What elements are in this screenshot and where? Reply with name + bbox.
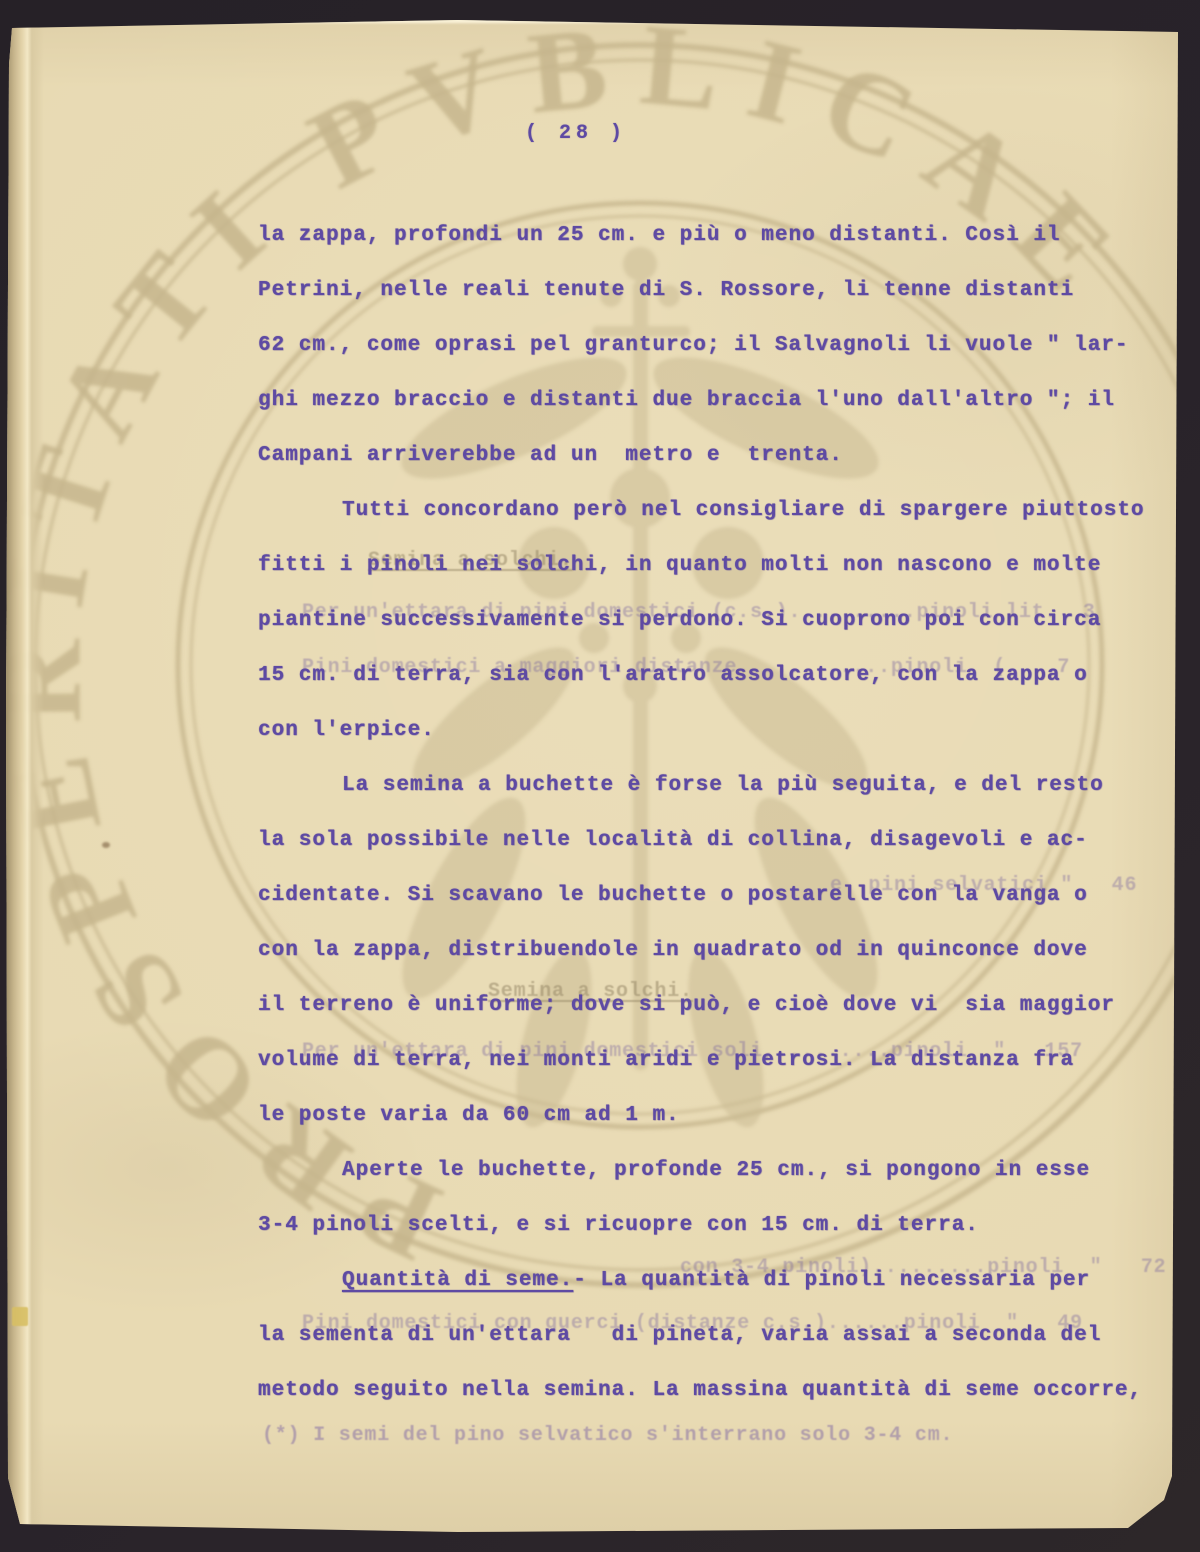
- typed-line: La semina a buchette è forse la più segu…: [258, 774, 1174, 829]
- typed-line: la sola possibile nelle località di coll…: [258, 829, 1174, 884]
- ink-smudge: [102, 842, 110, 848]
- typed-line: 62 cm., come oprasi pel granturco; il Sa…: [258, 334, 1174, 389]
- typed-line: Tutti concordano però nel consigliare di…: [258, 499, 1174, 554]
- typed-line: metodo seguito nella semina. La massina …: [258, 1379, 1174, 1434]
- typed-line: 3-4 pinoli scelti, e si ricuopre con 15 …: [258, 1214, 1174, 1269]
- typed-line: con la zappa, distribuendole in quadrato…: [258, 939, 1174, 994]
- typed-line: con l'erpice.: [258, 719, 1174, 774]
- typed-line: fitti i pinoli nei solchi, in quanto mol…: [258, 554, 1174, 609]
- typed-line: ghi mezzo braccio e distanti due braccia…: [258, 389, 1174, 444]
- typed-line: Campani arriverebbe ad un metro e trenta…: [258, 444, 1174, 499]
- typed-line: Petrini, nelle reali tenute di S. Rossor…: [258, 279, 1174, 334]
- document-scan: { "page": { "number_display": "( 28 )", …: [0, 0, 1200, 1552]
- paper-page: PROSPERITATI PVBLICAE Semina a solchi.Pe…: [6, 18, 1180, 1540]
- typed-line: Quantità di seme.- La quantità di pinoli…: [258, 1269, 1174, 1324]
- typed-line: piantine successivamente si perdono. Si …: [258, 609, 1174, 664]
- typed-line: cidentate. Si scavano le buchette o post…: [258, 884, 1174, 939]
- typed-line: volume di terra, nei monti aridi e pietr…: [258, 1049, 1174, 1104]
- typed-line: Aperte le buchette, profonde 25 cm., si …: [258, 1159, 1174, 1214]
- underlined-heading: Quantità di seme.: [342, 1269, 573, 1292]
- typed-line: la zappa, profondi un 25 cm. e più o men…: [258, 224, 1174, 279]
- typed-text: la zappa, profondi un 25 cm. e più o men…: [258, 224, 1174, 1434]
- page-number: ( 28 ): [525, 122, 627, 145]
- typed-line: 15 cm. di terra, sia con l'aratro assolc…: [258, 664, 1174, 719]
- typed-line: il terreno è uniforme; dove si può, e ci…: [258, 994, 1174, 1049]
- page-edge-mark: [12, 1307, 28, 1326]
- typed-line: le poste varia da 60 cm ad 1 m.: [258, 1104, 1174, 1159]
- typed-line: la sementa di un'ettara di pineta, varia…: [258, 1324, 1174, 1379]
